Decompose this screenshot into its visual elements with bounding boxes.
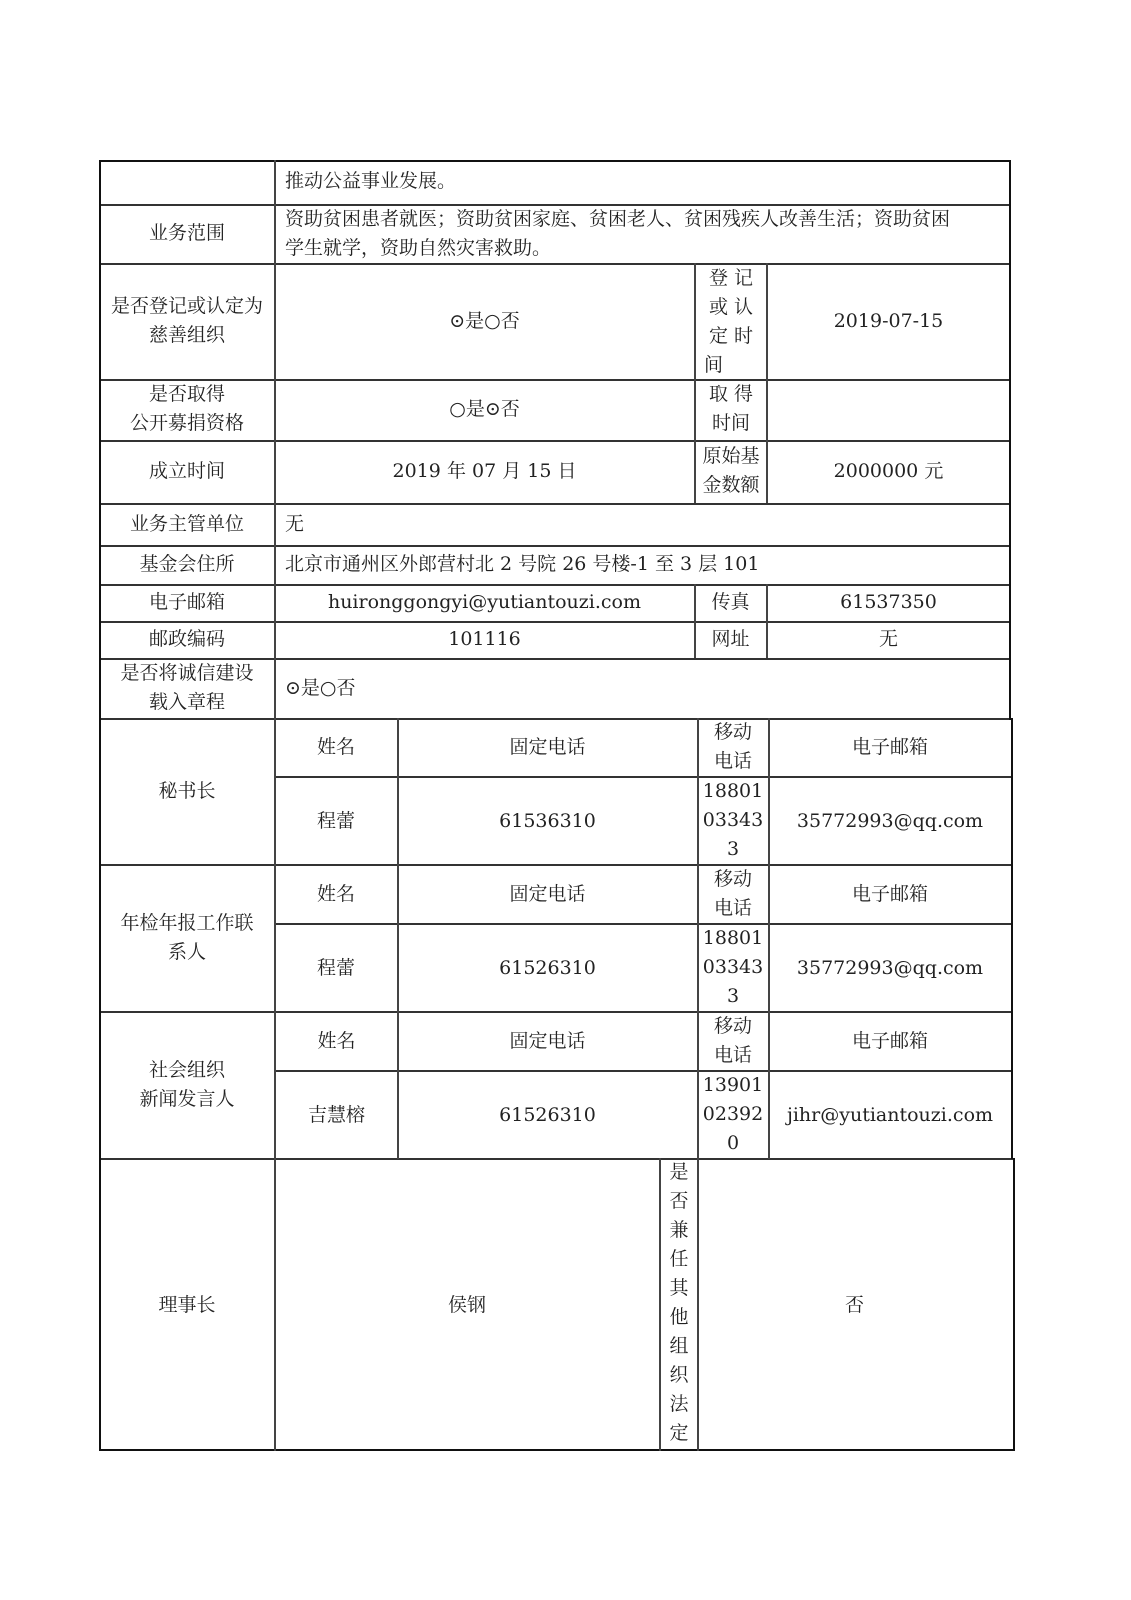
scope-value-line1: 资助贫困患者就医；资助贫困家庭、贫困老人、贫困残疾人改善生活；资助贫困 <box>285 205 950 234</box>
contact-name: 程蕾 <box>275 807 397 836</box>
contact-mobile: 18801 03343 3 <box>698 777 768 864</box>
table-border-bottom <box>100 1449 1014 1451</box>
charity-reg-date: 2019-07-15 <box>767 307 1010 336</box>
header-phone: 固定电话 <box>398 880 697 909</box>
header-mobile: 移动 电话 <box>698 865 768 923</box>
contact-role: 社会组织 新闻发言人 <box>100 1056 274 1114</box>
chairman-value: 侯钢 <box>275 1291 659 1320</box>
founded-value: 2019 年 07 月 15 日 <box>275 457 694 486</box>
public-fund-radio[interactable]: ○是⊙否 <box>275 395 694 424</box>
header-phone: 固定电话 <box>398 1027 697 1056</box>
fax-label: 传真 <box>695 588 766 617</box>
header-name: 姓名 <box>276 1027 397 1056</box>
row-divider <box>100 440 1010 442</box>
scope-value-line2: 学生就学，资助自然灾害救助。 <box>285 234 551 263</box>
header-email: 电子邮箱 <box>769 733 1011 762</box>
contact-email: jihr@yutiantouzi.com <box>769 1101 1011 1130</box>
row-divider <box>275 923 1012 925</box>
purpose-value: 推动公益事业发展。 <box>285 167 456 196</box>
contact-email: 35772993@qq.com <box>769 954 1011 983</box>
address-label: 基金会住所 <box>100 550 274 579</box>
initial-fund-label: 原始基 金数额 <box>696 442 766 500</box>
header-mobile: 移动 电话 <box>698 718 768 776</box>
scope-label: 业务范围 <box>100 219 274 248</box>
email-value: huironggongyi@yutiantouzi.com <box>275 588 694 617</box>
contact-email: 35772993@qq.com <box>769 807 1011 836</box>
row-divider <box>100 718 1012 720</box>
table-border-top <box>99 160 1010 162</box>
email-label: 电子邮箱 <box>100 588 274 617</box>
col-divider <box>274 160 276 1451</box>
charity-radio[interactable]: ⊙是○否 <box>275 307 694 336</box>
supervisor-label: 业务主管单位 <box>100 510 274 539</box>
fax-value: 61537350 <box>767 588 1010 617</box>
col-divider <box>768 718 770 1159</box>
table-border-right <box>1013 1158 1015 1451</box>
public-fund-date-label: 取 得 时间 <box>696 380 766 438</box>
row-divider <box>276 1070 1012 1072</box>
charity-reg-date-label: 登 记 或 认 定 时 间 <box>696 264 766 380</box>
row-divider <box>100 621 1010 623</box>
integrity-radio[interactable]: ⊙是○否 <box>285 674 356 703</box>
postcode-value: 101116 <box>275 625 694 654</box>
row-divider <box>275 776 1012 778</box>
integrity-label: 是否将诚信建设 载入章程 <box>100 659 274 717</box>
header-email: 电子邮箱 <box>769 880 1011 909</box>
header-name: 姓名 <box>275 880 397 909</box>
header-name: 姓名 <box>275 733 397 762</box>
contact-mobile: 18801 03343 3 <box>698 924 768 1011</box>
contact-name: 程蕾 <box>275 954 397 983</box>
founded-label: 成立时间 <box>100 457 274 486</box>
row-divider <box>100 584 1010 586</box>
supervisor-value: 无 <box>285 510 304 539</box>
row-divider <box>100 1158 1013 1160</box>
row-divider <box>100 263 1010 265</box>
row-divider <box>100 864 1012 866</box>
row-divider <box>100 545 1010 547</box>
table-border-right <box>1011 718 1013 1159</box>
contact-phone: 61536310 <box>398 807 697 836</box>
public-fund-label: 是否取得 公开募捐资格 <box>100 380 274 438</box>
header-phone: 固定电话 <box>398 733 697 762</box>
website-value: 无 <box>767 625 1010 654</box>
contact-mobile: 13901 02392 0 <box>698 1071 768 1158</box>
col-divider <box>659 1158 661 1451</box>
contact-name: 吉慧榕 <box>276 1101 397 1130</box>
row-divider <box>100 503 1010 505</box>
contact-role: 年检年报工作联 系人 <box>100 909 274 967</box>
postcode-label: 邮政编码 <box>100 625 274 654</box>
contact-phone: 61526310 <box>398 954 697 983</box>
chairman-label: 理事长 <box>100 1291 274 1320</box>
row-divider <box>100 1011 1012 1013</box>
contact-phone: 61526310 <box>398 1101 697 1130</box>
header-mobile: 移动 电话 <box>698 1012 768 1070</box>
website-label: 网址 <box>695 625 766 654</box>
concurrent-post-value: 否 <box>698 1291 1011 1320</box>
contact-role: 秘书长 <box>100 777 274 806</box>
initial-fund-value: 2000000 元 <box>767 457 1010 486</box>
concurrent-post-label: 是否兼任其他组织法定 <box>668 1158 690 1448</box>
header-email: 电子邮箱 <box>769 1027 1011 1056</box>
charity-label: 是否登记或认定为 慈善组织 <box>100 292 274 350</box>
address-value: 北京市通州区外郎营村北 2 号院 26 号楼-1 至 3 层 101 <box>285 550 759 579</box>
col-divider <box>397 718 399 1159</box>
